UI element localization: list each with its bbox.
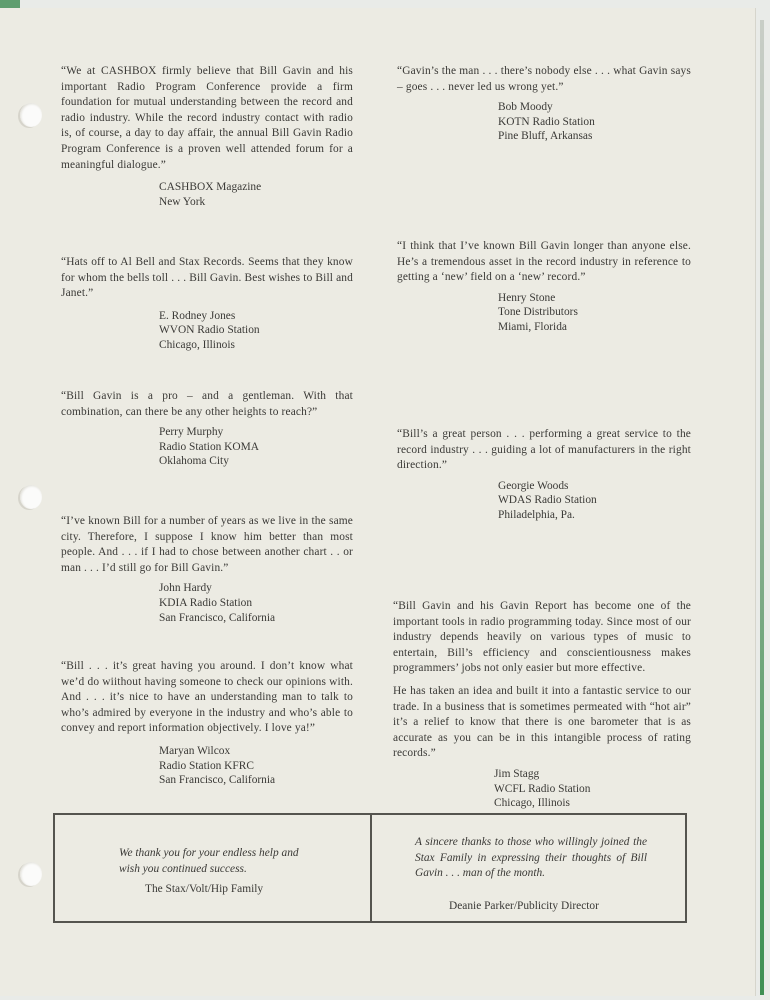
testimonial-maryan-wilcox: “Bill . . . it’s great having you around…: [61, 659, 353, 788]
thank-you-signature: The Stax/Volt/Hip Family: [145, 882, 263, 898]
testimonial-quote: “Bill . . . it’s great having you around…: [61, 659, 353, 737]
testimonial-henry-stone: “I think that I’ve known Bill Gavin long…: [397, 239, 691, 335]
publicity-director-signature: Deanie Parker/Publicity Director: [449, 899, 599, 915]
testimonial-attribution: CASHBOX Magazine New York: [159, 180, 353, 209]
testimonial-quote: “Bill’s a great person . . . performing …: [397, 427, 691, 474]
testimonial-attribution: Henry Stone Tone Distributors Miami, Flo…: [498, 291, 691, 335]
thank-you-box: We thank you for your endless help and w…: [53, 813, 687, 923]
testimonial-quote: “Hats off to Al Bell and Stax Records. S…: [61, 255, 353, 302]
testimonial-attribution: Georgie Woods WDAS Radio Station Philade…: [498, 479, 691, 523]
testimonial-attribution: E. Rodney Jones WVON Radio Station Chica…: [159, 309, 353, 353]
testimonial-bob-moody: “Gavin’s the man . . . there’s nobody el…: [397, 64, 691, 144]
testimonial-attribution: Jim Stagg WCFL Radio Station Chicago, Il…: [494, 767, 691, 811]
testimonial-quote: “Gavin’s the man . . . there’s nobody el…: [397, 64, 691, 95]
testimonial-attribution: Maryan Wilcox Radio Station KFRC San Fra…: [159, 744, 353, 788]
thank-you-left-panel: We thank you for your endless help and w…: [55, 815, 372, 921]
testimonial-attribution: Bob Moody KOTN Radio Station Pine Bluff,…: [498, 100, 691, 144]
testimonial-georgie-woods: “Bill’s a great person . . . performing …: [397, 427, 691, 523]
thank-you-right-panel: A sincere thanks to those who willingly …: [372, 815, 685, 921]
testimonial-attribution: John Hardy KDIA Radio Station San Franci…: [159, 581, 353, 625]
punch-hole-icon: [20, 103, 42, 127]
green-page-edge: [760, 20, 764, 995]
testimonial-e-rodney-jones: “Hats off to Al Bell and Stax Records. S…: [61, 255, 353, 353]
testimonial-quote: “I think that I’ve known Bill Gavin long…: [397, 239, 691, 286]
testimonial-quote: “Bill Gavin is a pro – and a gentleman. …: [61, 389, 353, 420]
testimonial-quote: “I’ve known Bill for a number of years a…: [61, 514, 353, 576]
testimonial-attribution: Perry Murphy Radio Station KOMA Oklahoma…: [159, 425, 353, 469]
testimonial-john-hardy: “I’ve known Bill for a number of years a…: [61, 514, 353, 625]
testimonial-jim-stagg: “Bill Gavin and his Gavin Report has bec…: [393, 599, 691, 811]
punch-hole-icon: [20, 485, 42, 509]
testimonial-cashbox: “We at CASHBOX firmly believe that Bill …: [61, 64, 353, 209]
testimonial-perry-murphy: “Bill Gavin is a pro – and a gentleman. …: [61, 389, 353, 469]
punch-hole-icon: [20, 862, 42, 886]
thank-you-message: We thank you for your endless help and w…: [119, 846, 299, 877]
testimonial-quote: “Bill Gavin and his Gavin Report has bec…: [393, 599, 691, 762]
testimonial-quote: “We at CASHBOX firmly believe that Bill …: [61, 64, 353, 173]
sincere-thanks-message: A sincere thanks to those who willingly …: [415, 835, 647, 882]
